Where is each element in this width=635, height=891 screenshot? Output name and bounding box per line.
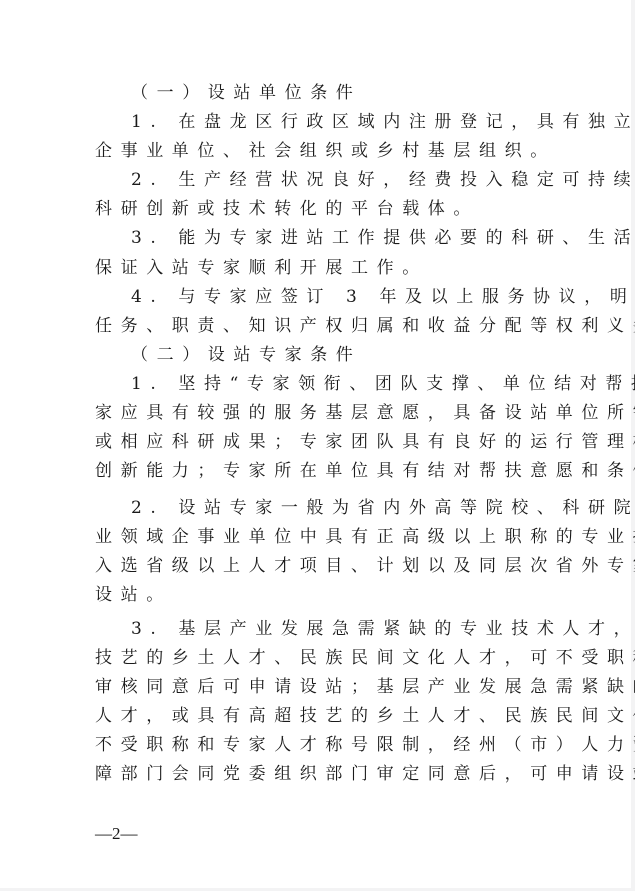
- paragraph-line: 任务、职责、知识产权归属和收益分配等权利义务。: [95, 314, 635, 338]
- paragraph-line: 审核同意后可申请设站；基层产业发展急需紧缺的专业技术: [95, 675, 635, 699]
- document-page: （一）设站单位条件1. 在盘龙区行政区域内注册登记，具有独立法人资格的企事业单位…: [0, 0, 631, 888]
- paragraph-line: 障部门会同党委组织部门审定同意后，可申请设站。: [95, 762, 635, 786]
- paragraph-line: 企事业单位、社会组织或乡村基层组织。: [95, 139, 556, 163]
- paragraph-line: 1. 在盘龙区行政区域内注册登记，具有独立法人资格的: [131, 110, 635, 134]
- paragraph-line: 设站。: [95, 583, 172, 607]
- paragraph-line: 人才，或具有高超技艺的乡土人才、民族民间文化人才，可: [95, 704, 635, 728]
- paragraph-line: 3. 基层产业发展急需紧缺的专业技术人才，或具有高超: [131, 617, 635, 641]
- paragraph-line: 3. 能为专家进站工作提供必要的科研、生活等条件保障，: [131, 226, 635, 250]
- paragraph-line: 入选省级以上人才项目、计划以及同层次省外专家人才优先: [95, 554, 635, 578]
- paragraph-line: 2. 设站专家一般为省内外高等院校、科研院所、重点产: [131, 496, 635, 520]
- paragraph-line: 技艺的乡土人才、民族民间文化人才，可不受职称限制，经: [95, 646, 635, 670]
- paragraph-line: 不受职称和专家人才称号限制，经州（市）人力资源社会保: [95, 733, 635, 757]
- section-heading: （一）设站单位条件: [131, 81, 361, 105]
- paragraph-line: 4. 与专家应签订 3 年及以上服务协议，明确服务目标、: [131, 285, 635, 309]
- paragraph-line: 保证入站专家顺利开展工作。: [95, 256, 428, 280]
- page-number: —2—: [95, 822, 138, 846]
- paragraph-line: 1. 坚持“专家领衔、团队支撑、单位结对帮扶”原则，专: [131, 372, 635, 396]
- paragraph-line: 创新能力；专家所在单位具有结对帮扶意愿和条件。: [95, 459, 635, 483]
- paragraph-line: 或相应科研成果；专家团队具有良好的运行管理机制和协同: [95, 430, 635, 454]
- paragraph-line: 2. 生产经营状况良好，经费投入稳定可持续，具有支撑: [131, 168, 635, 192]
- section-heading: （二）设站专家条件: [131, 343, 361, 367]
- paragraph-line: 家应具有较强的服务基层意愿，具备设站单位所需创新技术: [95, 401, 635, 425]
- paragraph-line: 业领域企事业单位中具有正高级以上职称的专业技术人才，: [95, 525, 635, 549]
- paragraph-line: 科研创新或技术转化的平台载体。: [95, 197, 479, 221]
